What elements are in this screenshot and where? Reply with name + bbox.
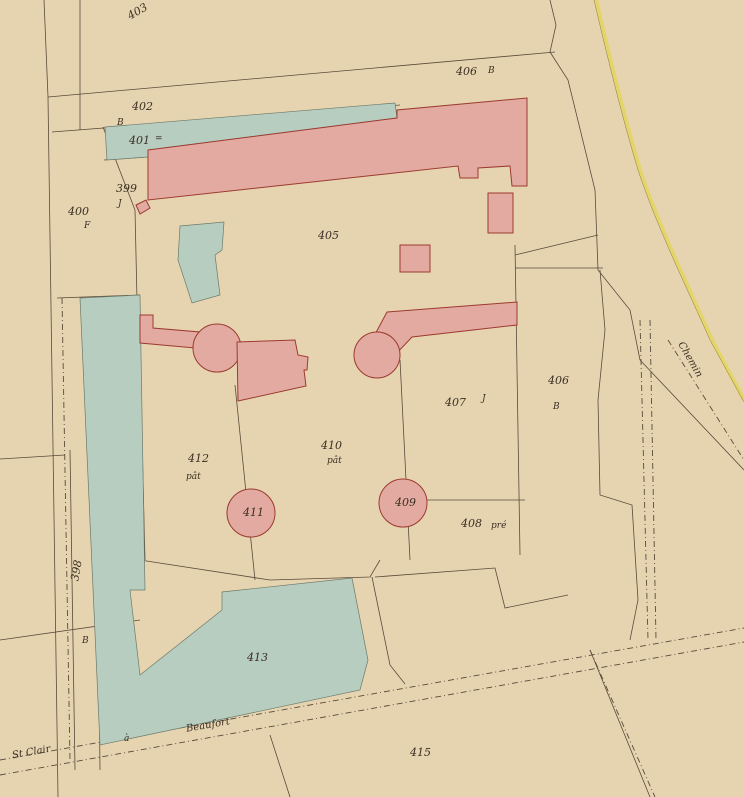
parcel-letter-407: J (482, 395, 486, 404)
parcel-label-413: 413 (247, 652, 268, 663)
parcel-label-407: 407 (445, 397, 466, 408)
parcel-letter-406-top: B (488, 67, 495, 76)
parcel-label-405: 405 (318, 230, 339, 241)
parcel-letter-398: B (82, 637, 89, 646)
parcel-letter-400: F (84, 222, 90, 231)
parcel-mark-401: = (155, 135, 163, 144)
parcel-label-406: 406 (548, 375, 569, 386)
parcel-letter-402: B (117, 119, 124, 128)
parcel-label-408: 408 (461, 518, 482, 529)
parcel-label-401: 401 (129, 135, 150, 146)
parcel-label-400: 400 (68, 206, 89, 217)
map-drawing (0, 0, 744, 797)
parcel-use-410: pât (327, 457, 342, 466)
parcel-letter-399: J (118, 200, 122, 209)
road-label-separator: à (124, 735, 129, 744)
parcel-label-409: 409 (395, 497, 416, 508)
parcel-label-410: 410 (321, 440, 342, 451)
parcel-label-402: 402 (132, 101, 153, 112)
parcel-label-412: 412 (188, 453, 209, 464)
parcel-label-415: 415 (410, 747, 431, 758)
parcel-letter-406: B (553, 403, 560, 412)
parcel-label-399: 399 (116, 183, 137, 194)
parcel-use-412: pât (186, 473, 201, 482)
parcel-label-406-top: 406 (456, 66, 477, 77)
parcel-label-411: 411 (243, 507, 264, 518)
parcel-label-398: 398 (69, 559, 83, 582)
cadastral-map: 403 402 B 401 = 399 J 400 F 406 B 405 40… (0, 0, 744, 797)
parcel-use-408: pré (491, 522, 506, 531)
